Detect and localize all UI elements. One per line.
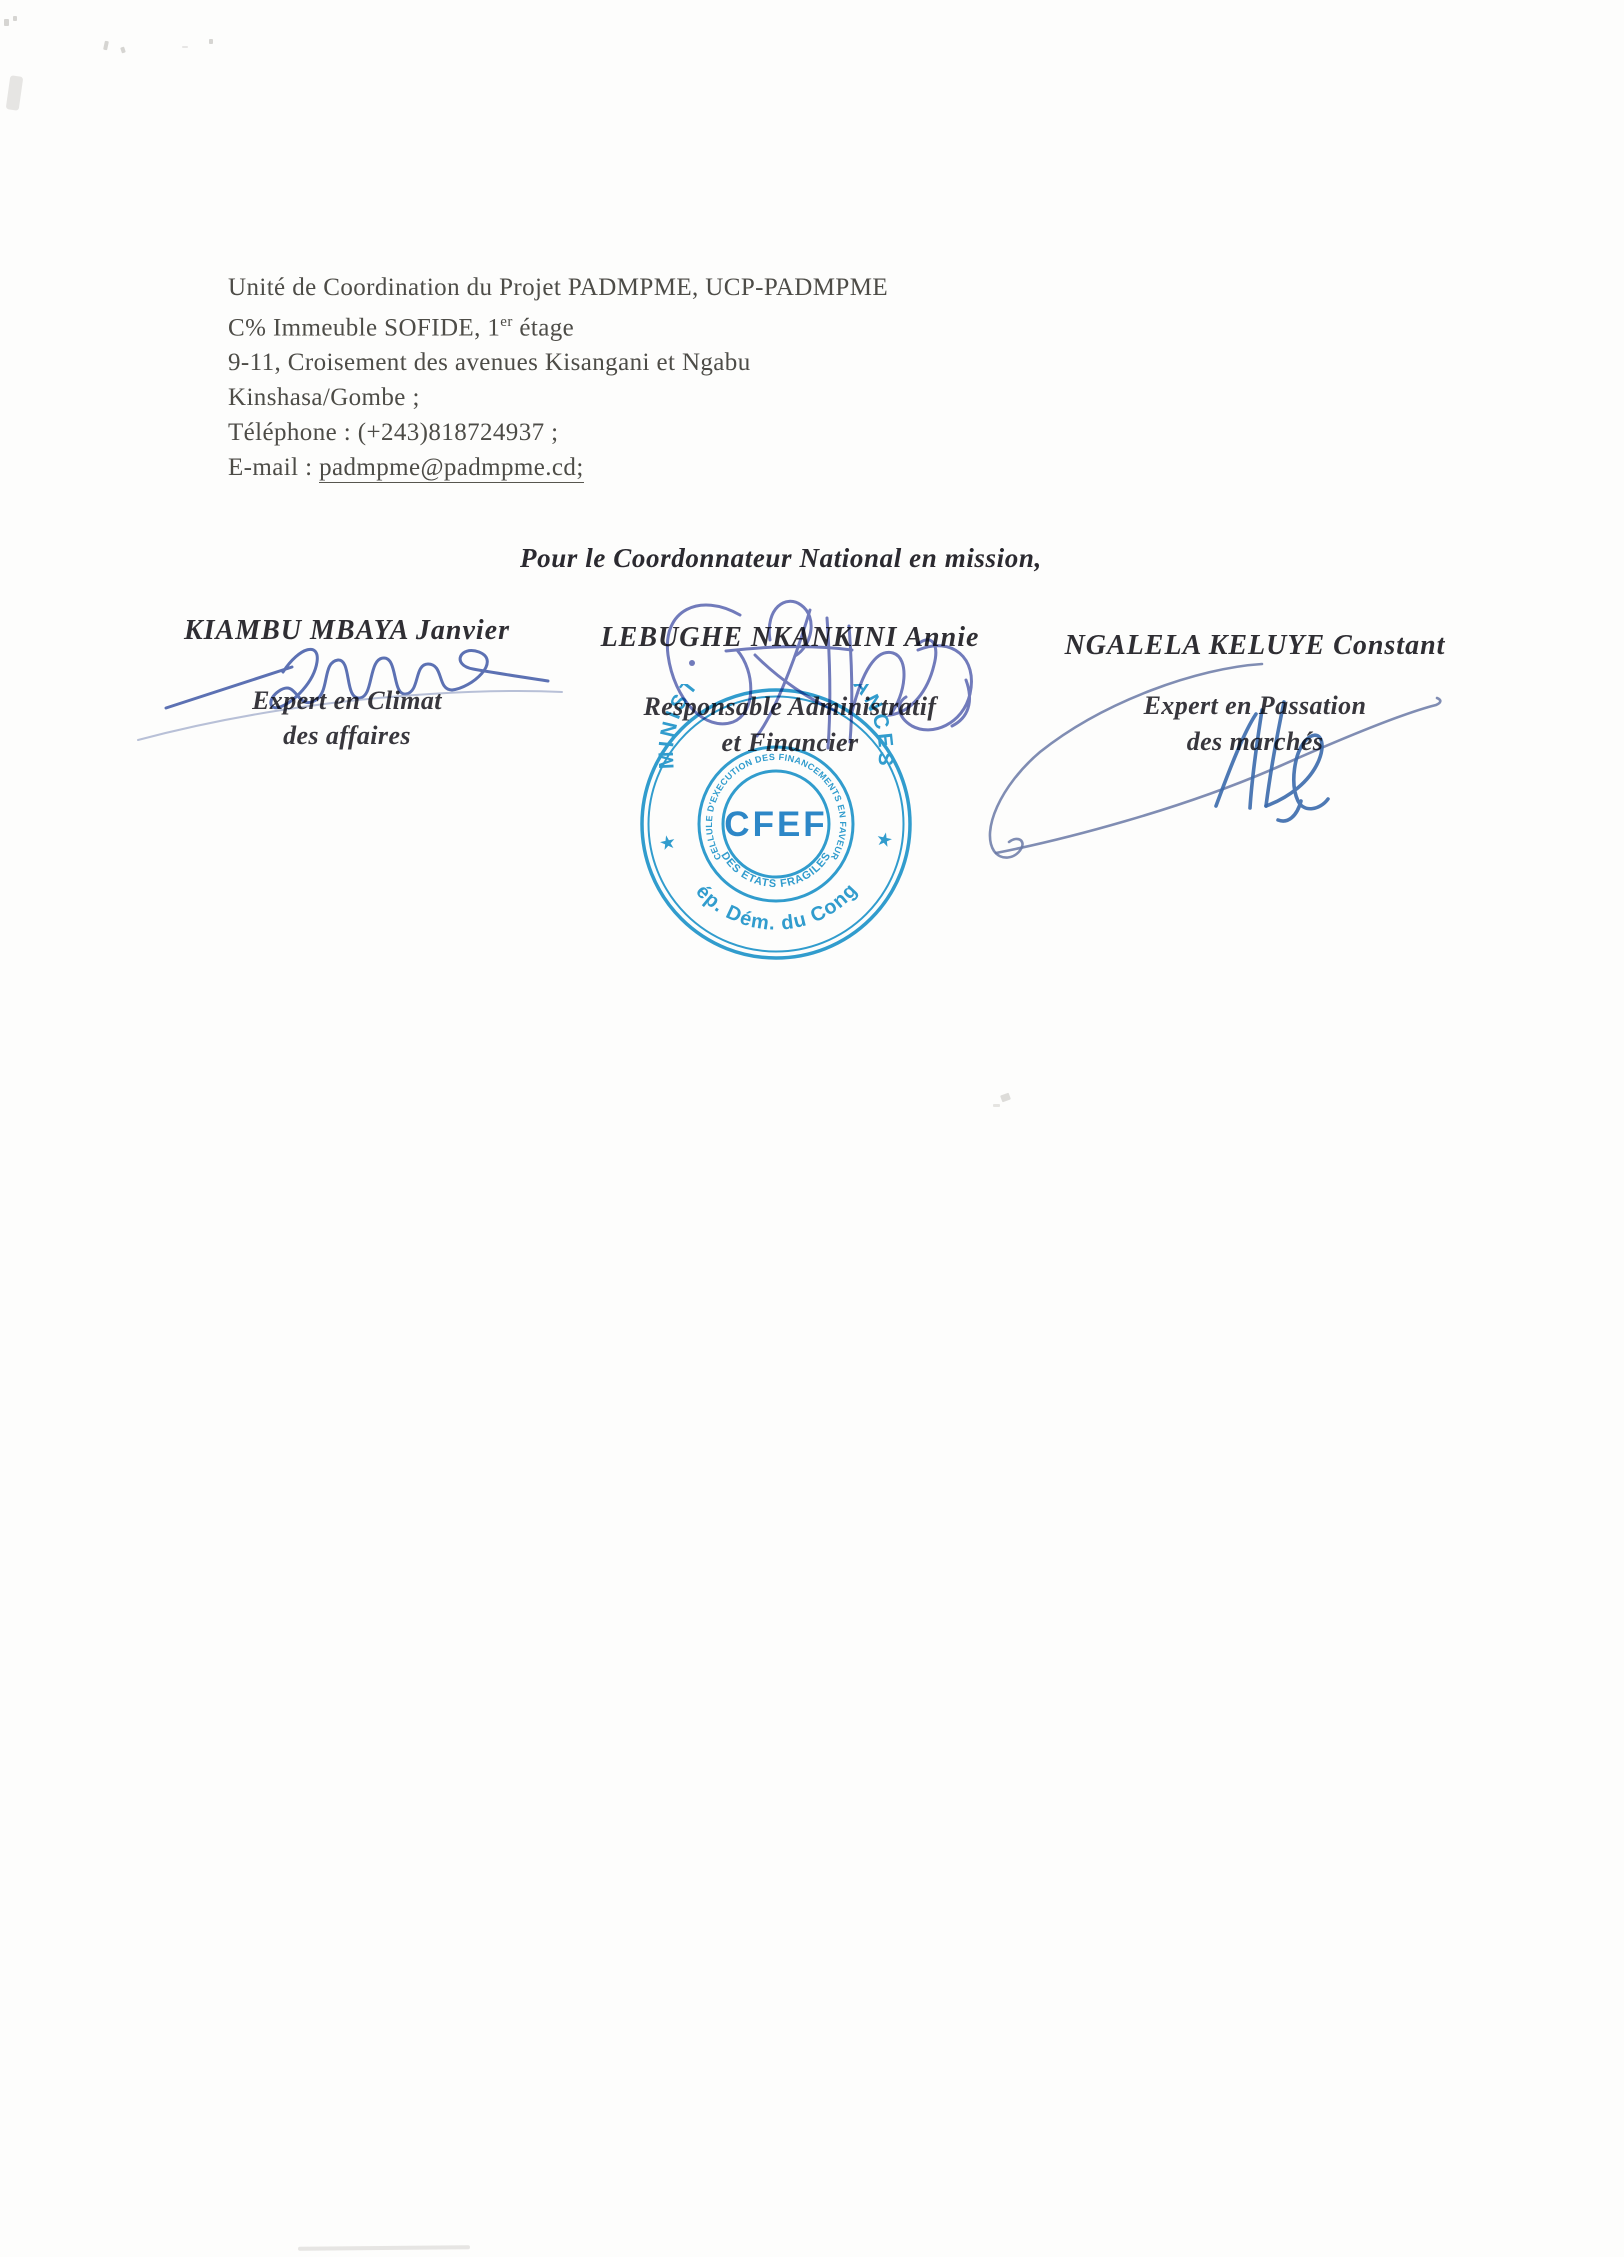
superscript-er: er: [500, 314, 512, 330]
email-address: padmpme@padmpme.cd;: [319, 454, 584, 483]
scan-smudge: [298, 2245, 470, 2251]
stamp-right-star-icon: ★: [874, 828, 895, 852]
signatory-title-3: Expert en Passation des marchés: [1050, 688, 1460, 760]
title-1-line-2: des affaires: [157, 718, 537, 753]
scanned-document-page: Unité de Coordination du Projet PADMPME,…: [0, 0, 1624, 2257]
signature-pen-dot: [689, 660, 695, 666]
scan-speckle: [182, 46, 188, 48]
title-1-line-1: Expert en Climat: [157, 683, 537, 718]
address-line-street: 9-11, Croisement des avenues Kisangani e…: [228, 345, 888, 380]
sender-address-block: Unité de Coordination du Projet PADMPME,…: [228, 270, 888, 485]
scan-speckle: [103, 41, 109, 51]
signatory-name-1: KIAMBU MBAYA Janvier: [157, 615, 537, 647]
scan-smudge: [6, 75, 24, 110]
title-3-line-1: Expert en Passation: [1050, 688, 1460, 724]
address-line-phone: Téléphone : (+243)818724937 ;: [228, 415, 888, 450]
address-line-city: Kinshasa/Gombe ;: [228, 380, 888, 415]
address-line-building: C% Immeuble SOFIDE, 1er étage: [228, 305, 888, 345]
stamp-cfef-text: CFEF: [724, 805, 827, 844]
stamp-left-star-icon: ★: [657, 831, 678, 855]
address-line-org: Unité de Coordination du Projet PADMPME,…: [228, 270, 888, 305]
signatory-name-3: NGALELA KELUYE Constant: [1050, 630, 1460, 662]
scan-speckle: [120, 47, 126, 54]
cfef-round-stamp: MINISTERE DES FINANCES Rép. Dém. du Cong…: [636, 684, 916, 964]
scan-speckle: [993, 1104, 1000, 1107]
scan-speckle: [4, 19, 9, 26]
title-3-line-2: des marchés: [1050, 724, 1460, 760]
scan-speckle: [209, 39, 213, 44]
mission-line: Pour le Coordonnateur National en missio…: [520, 543, 1042, 574]
address-line-email: E-mail : padmpme@padmpme.cd;: [228, 450, 888, 485]
signatory-title-1: Expert en Climat des affaires: [157, 683, 537, 753]
scan-speckle: [13, 16, 17, 21]
scan-speckle: [1000, 1093, 1011, 1103]
stamp-fragiles-arc-text: DES ETATS FRAGILES: [718, 850, 833, 890]
signatory-name-2: LEBUGHE NKANKINI Annie: [590, 622, 990, 654]
